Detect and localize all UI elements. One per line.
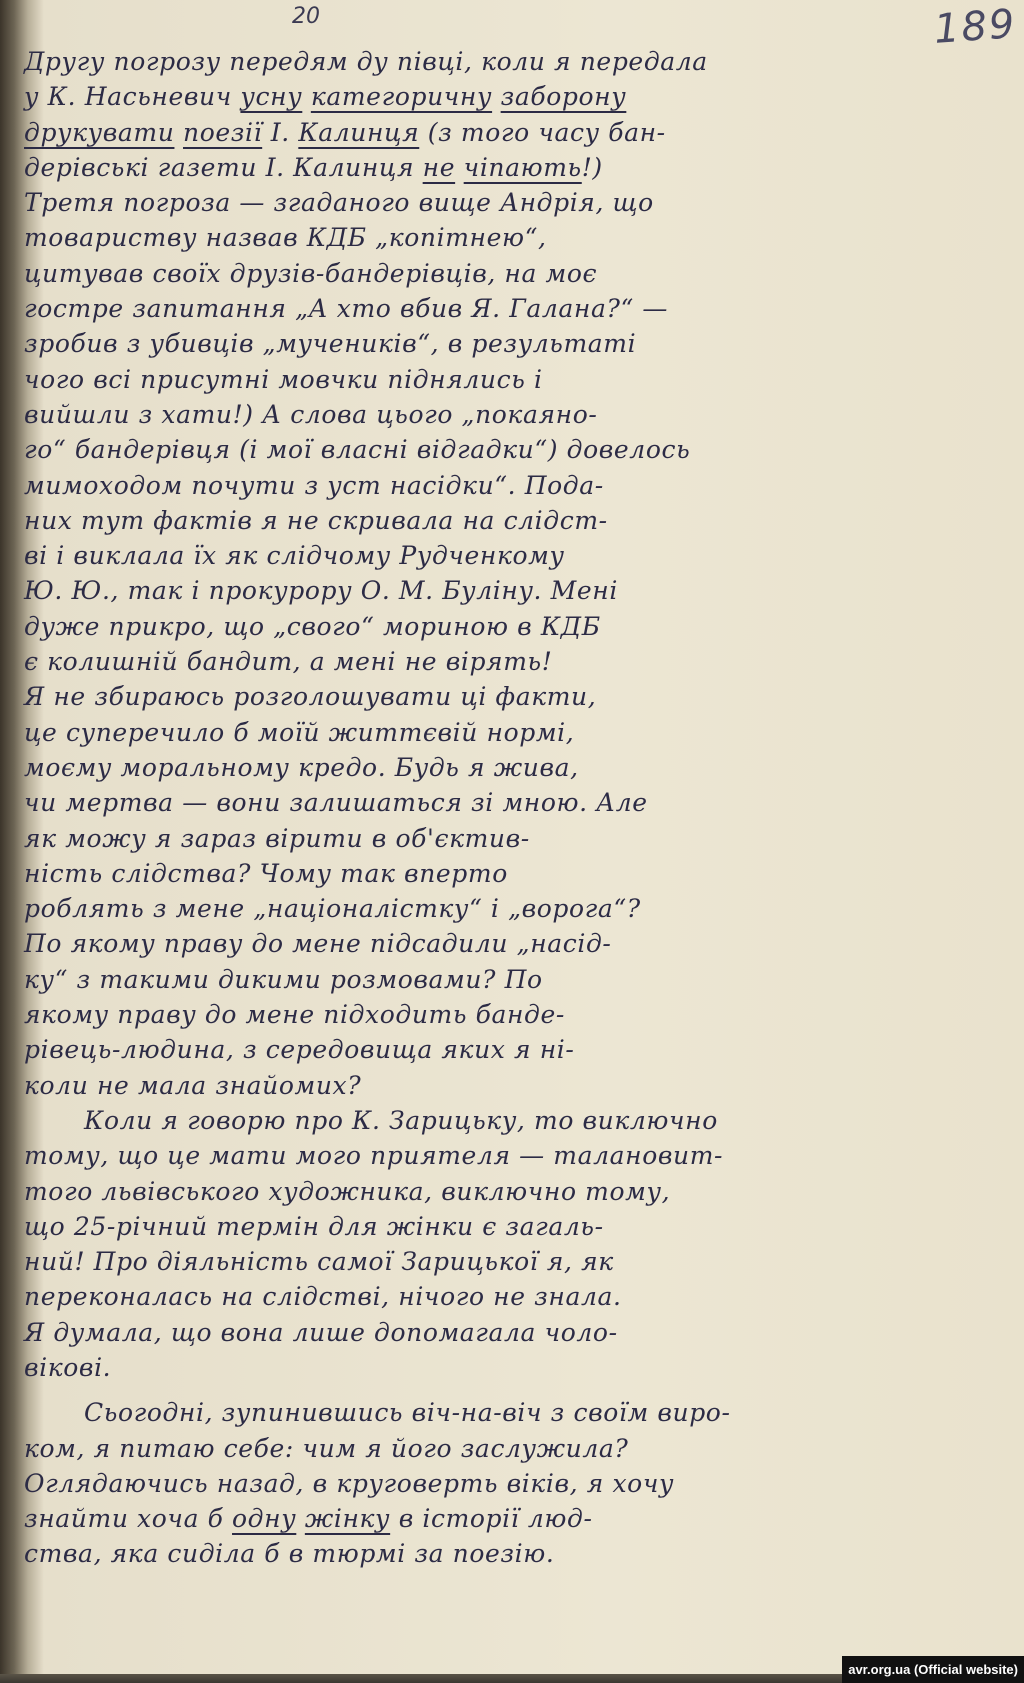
handwritten-line: переконалась на слідстві, нічого не знал…	[24, 1279, 984, 1314]
handwritten-line: рівець-людина, з середовища яких я ні-	[24, 1032, 984, 1067]
text-segment: роблять з мене „націоналістку“ і „ворога…	[24, 894, 641, 923]
text-segment: чи мертва — вони залишаться зі мною. Але	[24, 788, 648, 817]
text-segment: того львівського художника, виключно том…	[24, 1177, 670, 1206]
handwritten-line: ний! Про діяльність самої Зарицької я, я…	[24, 1244, 984, 1279]
text-segment: Я не збираюсь розголошувати ці факти,	[24, 682, 596, 711]
text-segment	[296, 1504, 305, 1533]
handwritten-line: гостре запитання „А хто вбив Я. Галана?“…	[24, 291, 984, 326]
underlined-word: не	[423, 153, 455, 182]
text-segment: чого всі присутні мовчки піднялись і	[24, 365, 543, 394]
handwritten-line: у К. Насьневич усну категоричну заборону	[24, 79, 984, 114]
handwritten-line: цитував своїх друзів-бандерівців, на моє	[24, 256, 984, 291]
text-segment: моєму моральному кредо. Будь я жива,	[24, 753, 579, 782]
handwritten-line: Сьогодні, зупинившись віч-на-віч з своїм…	[24, 1395, 984, 1430]
handwritten-line: роблять з мене „націоналістку“ і „ворога…	[24, 891, 984, 926]
handwritten-line: є колишній бандит, а мені не вірять!	[24, 644, 984, 679]
handwritten-line: мимоходом почути з уст насідки“. Пода-	[24, 468, 984, 503]
text-segment	[302, 82, 311, 111]
handwritten-line: Оглядаючись назад, в круговерть віків, я…	[24, 1466, 984, 1501]
handwritten-line: них тут фактів я не скривала на слідст-	[24, 503, 984, 538]
text-segment: є колишній бандит, а мені не вірять!	[24, 647, 552, 676]
text-segment: вийшли з хати!) А слова цього „покаяно-	[24, 400, 597, 429]
handwritten-line: го“ бандерівця (і мої власні відгадки“) …	[24, 432, 984, 467]
source-watermark: avr.org.ua (Official website)	[842, 1656, 1024, 1683]
text-segment: По якому праву до мене підсадили „насід-	[24, 929, 611, 958]
text-segment: у К. Насьневич	[24, 82, 240, 111]
text-segment: Сьогодні, зупинившись віч-на-віч з своїм…	[84, 1398, 731, 1427]
handwritten-line: якому праву до мене підходить банде-	[24, 997, 984, 1032]
text-segment: що 25-річний термін для жінки є загаль-	[24, 1212, 604, 1241]
text-segment	[492, 82, 501, 111]
text-segment: ві і виклала їх як слідчому Рудченкому	[24, 541, 565, 570]
handwritten-line: Другу погрозу передям ду півці, коли я п…	[24, 44, 984, 79]
handwritten-line: друкувати поезії І. Калинця (з того часу…	[24, 115, 984, 150]
text-segment: мимоходом почути з уст насідки“. Пода-	[24, 471, 604, 500]
handwritten-line: ві і виклала їх як слідчому Рудченкому	[24, 538, 984, 573]
handwritten-line: Я не збираюсь розголошувати ці факти,	[24, 679, 984, 714]
text-segment: Третя погроза — згаданого вище Андрія, щ…	[24, 188, 654, 217]
handwritten-line: Коли я говорю про К. Зарицьку, то виключ…	[24, 1103, 984, 1138]
text-segment: як можу я зараз вірити в об'єктив-	[24, 824, 530, 853]
handwritten-text-body: Другу погрозу передям ду півці, коли я п…	[24, 44, 984, 1572]
text-segment: переконалась на слідстві, нічого не знал…	[24, 1282, 622, 1311]
handwritten-line: чого всі присутні мовчки піднялись і	[24, 362, 984, 397]
underlined-word: усну	[240, 82, 302, 111]
text-segment: ність слідства? Чому так вперто	[24, 859, 508, 888]
underlined-word: чіпають	[464, 153, 582, 182]
handwritten-line: ком, я питаю себе: чим я його заслужила?	[24, 1431, 984, 1466]
text-segment: гостре запитання „А хто вбив Я. Галана?“…	[24, 294, 668, 323]
text-segment: Оглядаючись назад, в круговерть віків, я…	[24, 1469, 674, 1498]
document-page: 20 189 Другу погрозу передям ду півці, к…	[0, 0, 1024, 1683]
text-segment: вікові.	[24, 1353, 111, 1382]
underlined-word: категоричну	[311, 82, 492, 111]
handwritten-line: ку“ з такими дикими розмовами? По	[24, 962, 984, 997]
text-segment: них тут фактів я не скривала на слідст-	[24, 506, 608, 535]
text-segment: Ю. Ю., так і прокурору О. М. Буліну. Мен…	[24, 576, 618, 605]
handwritten-line: вікові.	[24, 1350, 984, 1385]
text-segment: !)	[582, 153, 603, 182]
underlined-word: Калинця	[298, 118, 419, 147]
handwritten-line: того львівського художника, виключно том…	[24, 1174, 984, 1209]
underlined-word: жінку	[305, 1504, 390, 1533]
handwritten-line: ність слідства? Чому так вперто	[24, 856, 984, 891]
handwritten-line: знайти хоча б одну жінку в історії люд-	[24, 1501, 984, 1536]
text-segment: Коли я говорю про К. Зарицьку, то виключ…	[84, 1106, 718, 1135]
text-segment: ком, я питаю себе: чим я його заслужила?	[24, 1434, 628, 1463]
handwritten-line: вийшли з хати!) А слова цього „покаяно-	[24, 397, 984, 432]
text-segment: в історії люд-	[390, 1504, 592, 1533]
handwritten-line: як можу я зараз вірити в об'єктив-	[24, 821, 984, 856]
handwritten-line: Третя погроза — згаданого вище Андрія, щ…	[24, 185, 984, 220]
text-segment: ку“ з такими дикими розмовами? По	[24, 965, 543, 994]
handwritten-line: що 25-річний термін для жінки є загаль-	[24, 1209, 984, 1244]
text-segment	[455, 153, 464, 182]
text-segment: Другу погрозу передям ду півці, коли я п…	[24, 47, 708, 76]
underlined-word: одну	[232, 1504, 296, 1533]
text-segment: ний! Про діяльність самої Зарицької я, я…	[24, 1247, 614, 1276]
handwritten-line: дерівські газети І. Калинця не чіпають!)	[24, 150, 984, 185]
handwritten-line: моєму моральному кредо. Будь я жива,	[24, 750, 984, 785]
text-segment: дерівські газети І. Калинця	[24, 153, 423, 182]
text-segment: знайти хоча б	[24, 1504, 232, 1533]
text-segment: (з того часу бан-	[419, 118, 665, 147]
handwritten-line: зробив з убивців „мучеників“, в результа…	[24, 326, 984, 361]
handwritten-line: По якому праву до мене підсадили „насід-	[24, 926, 984, 961]
underlined-word: заборону	[501, 82, 627, 111]
text-segment	[174, 118, 183, 147]
text-segment: зробив з убивців „мучеників“, в результа…	[24, 329, 636, 358]
underlined-word: поезії	[183, 118, 262, 147]
handwritten-line: ства, яка сиділа б в тюрмі за поезію.	[24, 1536, 984, 1571]
text-segment: ства, яка сиділа б в тюрмі за поезію.	[24, 1539, 554, 1568]
text-segment: го“ бандерівця (і мої власні відгадки“) …	[24, 435, 690, 464]
handwritten-line: коли не мала знайомих?	[24, 1068, 984, 1103]
handwritten-line: дуже прикро, що „свого“ мориною в КДБ	[24, 609, 984, 644]
text-segment: дуже прикро, що „свого“ мориною в КДБ	[24, 612, 601, 641]
handwritten-line: товариству назвав КДБ „копітнею“,	[24, 220, 984, 255]
handwritten-line: чи мертва — вони залишаться зі мною. Але	[24, 785, 984, 820]
text-segment: Я думала, що вона лише допомагала чоло-	[24, 1318, 618, 1347]
handwritten-line: Ю. Ю., так і прокурору О. М. Буліну. Мен…	[24, 573, 984, 608]
text-segment: рівець-людина, з середовища яких я ні-	[24, 1035, 574, 1064]
page-number: 20	[292, 4, 320, 29]
underlined-word: друкувати	[24, 118, 174, 147]
text-segment: товариству назвав КДБ „копітнею“,	[24, 223, 547, 252]
handwritten-line: тому, що це мати мого приятеля — таланов…	[24, 1138, 984, 1173]
text-segment: коли не мала знайомих?	[24, 1071, 361, 1100]
text-segment: І.	[262, 118, 298, 147]
text-segment: якому праву до мене підходить банде-	[24, 1000, 565, 1029]
text-segment: цитував своїх друзів-бандерівців, на моє	[24, 259, 597, 288]
text-segment: це суперечило б моїй життєвій нормі,	[24, 718, 574, 747]
handwritten-line: Я думала, що вона лише допомагала чоло-	[24, 1315, 984, 1350]
text-segment: тому, що це мати мого приятеля — таланов…	[24, 1141, 723, 1170]
handwritten-line: це суперечило б моїй життєвій нормі,	[24, 715, 984, 750]
